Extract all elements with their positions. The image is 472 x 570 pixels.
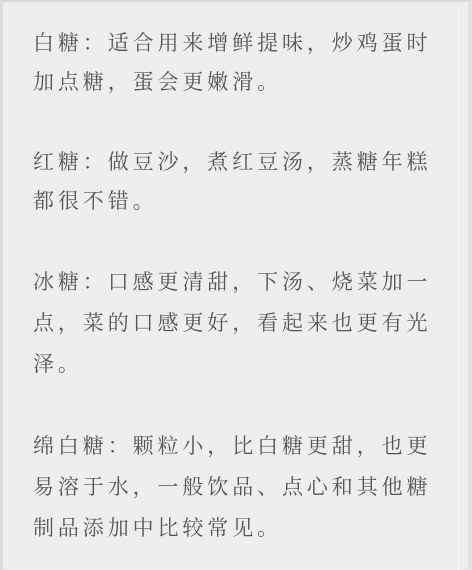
paragraph-brown-sugar: 红糖：做豆沙，煮红豆汤，蒸糖年糕都很不错。 bbox=[33, 143, 453, 221]
document-content: 白糖：适合用来增鲜提味，炒鸡蛋时加点糖，蛋会更嫩滑。 红糖：做豆沙，煮红豆汤，蒸… bbox=[33, 24, 453, 549]
paragraph-soft-white-sugar: 绵白糖：颗粒小，比白糖更甜，也更易溶于水，一般饮品、点心和其他糖制品添加中比较常… bbox=[33, 426, 453, 549]
paragraph-rock-sugar: 冰糖：口感更清甜，下汤、烧菜加一点，菜的口感更好，看起来也更有光泽。 bbox=[33, 262, 453, 385]
paragraph-white-sugar: 白糖：适合用来增鲜提味，炒鸡蛋时加点糖，蛋会更嫩滑。 bbox=[33, 24, 453, 102]
document-frame: 白糖：适合用来增鲜提味，炒鸡蛋时加点糖，蛋会更嫩滑。 红糖：做豆沙，煮红豆汤，蒸… bbox=[0, 0, 472, 570]
frame-divider bbox=[458, 4, 459, 570]
